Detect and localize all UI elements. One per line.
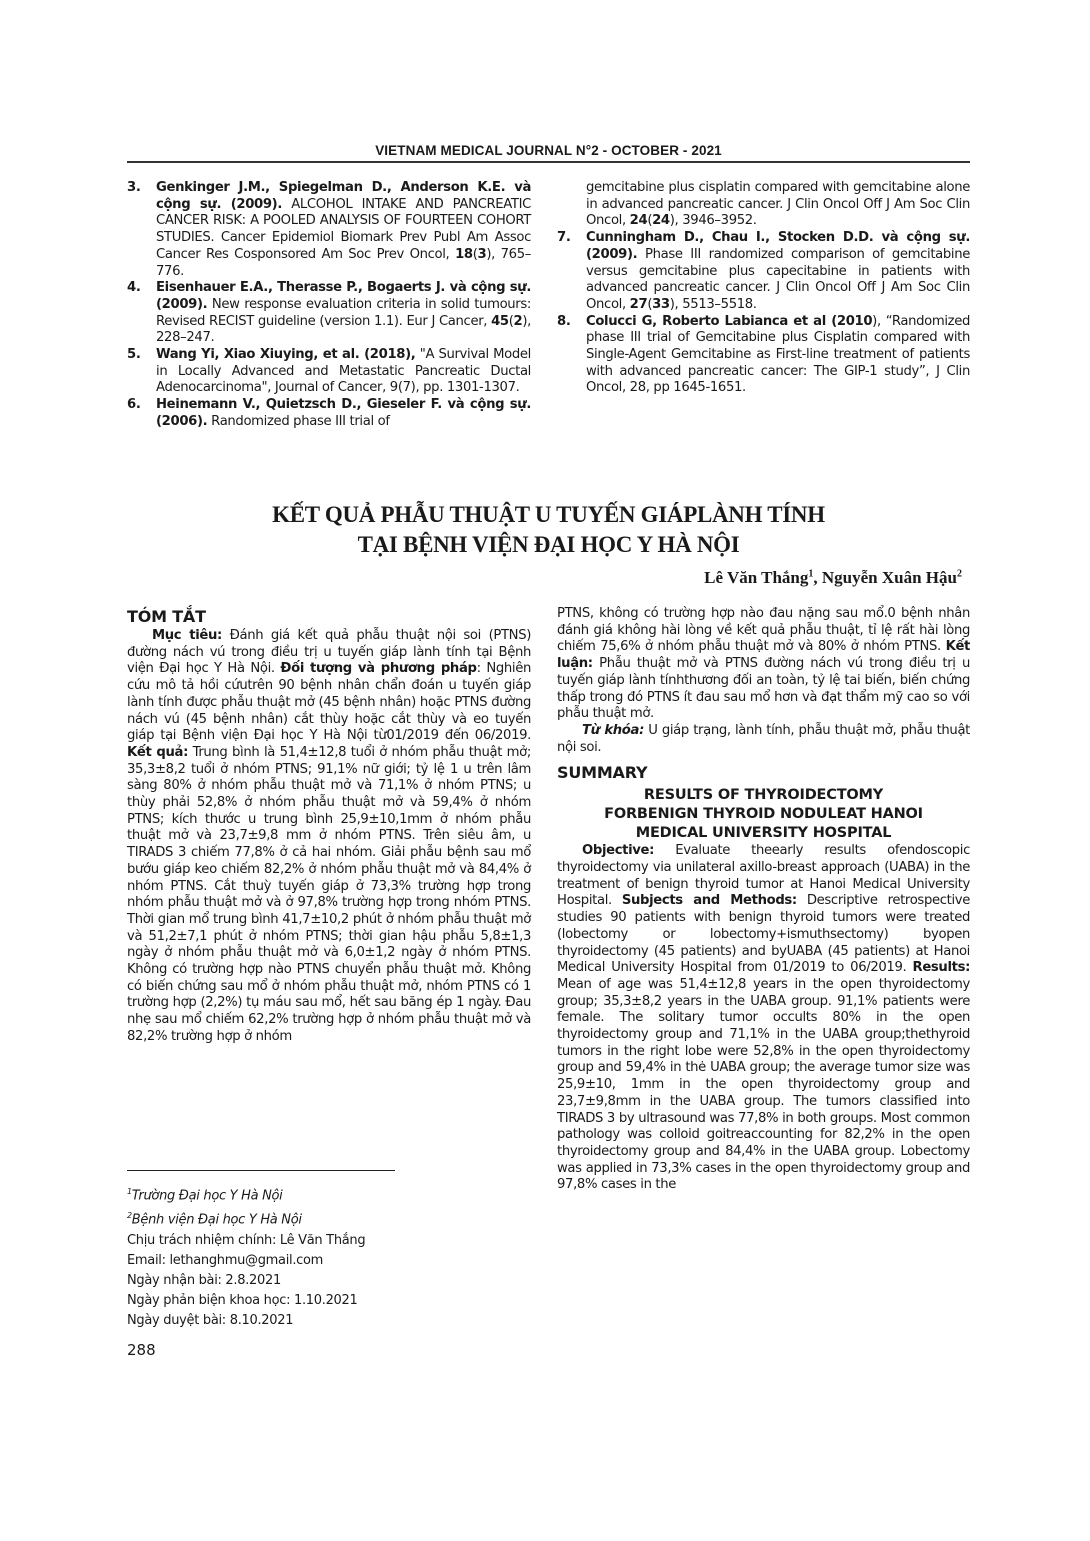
summary-paragraph: Objective: Evaluate theearly results ofe… [557,843,970,1194]
reference-volume: 45 [491,314,509,329]
abstract-vi-left: TÓM TẮT Mục tiêu: Đánh giá kết quả phẫu … [127,606,531,1046]
reference-item: 5. Wang Yi, Xiao Xiuying, et al. (2018),… [127,347,531,397]
author-list: Lê Văn Thắng1, Nguyễn Xuân Hậu2 [704,568,962,588]
text-results-continued: PTNS, không có trường hợp nào đau nặng s… [557,606,970,654]
references-left-column: 3. Genkinger J.M., Spiegelman D., Anders… [127,180,531,431]
reference-authors: Colucci G, Roberto Labianca et al (2010 [586,314,872,329]
reference-number: 7. [557,230,571,247]
label-keywords: Từ khóa: [582,723,644,738]
title-line-1: KẾT QUẢ PHẪU THUẬT U TUYẾN GIÁPLÀNH TÍNH [127,500,970,530]
abstract-right-column: PTNS, không có trường hợp nào đau nặng s… [557,606,970,1194]
reference-number: 6. [127,397,141,414]
reference-authors: Wang Yi, Xiao Xiuying, et al. (2018), [156,347,415,362]
abstract-paragraph-continued: PTNS, không có trường hợp nào đau nặng s… [557,606,970,723]
page-number: 288 [127,1341,156,1359]
label-results: Kết quả: [127,745,188,760]
reference-volume: 24 [630,213,648,228]
reference-item: 3. Genkinger J.M., Spiegelman D., Anders… [127,180,531,280]
reference-volume: 27 [630,297,648,312]
affiliation-1: 1Trường Đại học Y Hà Nội [127,1182,531,1206]
reference-item: 4. Eisenhauer E.A., Therasse P., Bogaert… [127,280,531,347]
reference-item-continued: gemcitabine plus cisplatin compared with… [557,180,970,230]
summary-title: RESULTS OF THYROIDECTOMY FORBENIGN THYRO… [557,786,970,843]
affiliation-text: Trường Đại học Y Hà Nội [132,1188,283,1203]
corresponding-author: Chịu trách nhiệm chính: Lê Văn Thắng [127,1231,531,1251]
label-methods: Subjects and Methods: [622,893,797,908]
date-reviewed: Ngày phản biện khoa học: 1.10.2021 [127,1291,531,1311]
reference-item: 6. Heinemann V., Quietzsch D., Gieseler … [127,397,531,430]
summary-title-line: FORBENIGN THYROID NODULEAT HANOI [557,805,970,824]
reference-volume: 18 [455,247,473,262]
email[interactable]: Email: lethanghmu@gmail.com [127,1251,531,1271]
footnote-rule [127,1170,395,1171]
label-objective: Mục tiêu: [152,628,222,643]
text-conclusion: Phẫu thuật mở và PTNS đường nách vú tron… [557,656,970,721]
author-separator: , [813,568,822,587]
running-header: VIETNAM MEDICAL JOURNAL N°2 - OCTOBER - … [127,143,970,158]
reference-text: New response evaluation criteria in soli… [156,297,531,329]
affiliation-2: 2Bệnh viện Đại học Y Hà Nội [127,1206,531,1230]
affiliation-marker: 2 [957,568,962,579]
text-results: Mean of age was 51,4±12,8 years in the o… [557,977,970,1192]
author-name: Lê Văn Thắng [704,568,808,587]
author-name: Nguyễn Xuân Hậu [822,568,957,587]
reference-number: 8. [557,314,571,331]
date-accepted: Ngày duyệt bài: 8.10.2021 [127,1311,531,1331]
date-received: Ngày nhận bài: 2.8.2021 [127,1271,531,1291]
reference-number: 4. [127,280,141,297]
reference-text: Randomized phase III trial of [207,414,389,429]
reference-number: 3. [127,180,141,197]
footnotes: 1Trường Đại học Y Hà Nội 2Bệnh viện Đại … [127,1182,531,1331]
keywords: Từ khóa: U giáp trạng, lành tính, phẫu t… [557,723,970,756]
title-line-2: TẠI BỆNH VIỆN ĐẠI HỌC Y HÀ NỘI [127,530,970,560]
summary-heading: SUMMARY [557,762,970,784]
reference-pages: ), 5513–5518. [670,297,757,312]
label-methods: Đối tượng và phương pháp [280,661,476,676]
reference-item: 8. Colucci G, Roberto Labianca et al (20… [557,314,970,398]
article-title: KẾT QUẢ PHẪU THUẬT U TUYẾN GIÁPLÀNH TÍNH… [127,500,970,560]
abstract-heading: TÓM TẮT [127,606,531,628]
label-objective: Objective: [582,843,654,858]
reference-issue: 33 [652,297,670,312]
abstract-paragraph: Mục tiêu: Đánh giá kết quả phẫu thuật nộ… [127,628,531,1046]
journal-page: VIETNAM MEDICAL JOURNAL N°2 - OCTOBER - … [0,0,1090,1541]
reference-number: 5. [127,347,141,364]
reference-item: 7. Cunningham D., Chau I., Stocken D.D. … [557,230,970,314]
header-rule [127,161,970,163]
references-right-column: gemcitabine plus cisplatin compared with… [557,180,970,397]
reference-pages: ), 3946–3952. [670,213,757,228]
summary-title-line: MEDICAL UNIVERSITY HOSPITAL [557,824,970,843]
reference-issue: 24 [652,213,670,228]
label-results: Results: [913,960,970,975]
affiliation-text: Bệnh viện Đại học Y Hà Nội [132,1213,302,1228]
summary-title-line: RESULTS OF THYROIDECTOMY [557,786,970,805]
text-results: Trung bình là 51,4±12,8 tuổi ở nhóm phẫu… [127,745,531,1044]
reference-authors-tail: ), [872,314,881,329]
